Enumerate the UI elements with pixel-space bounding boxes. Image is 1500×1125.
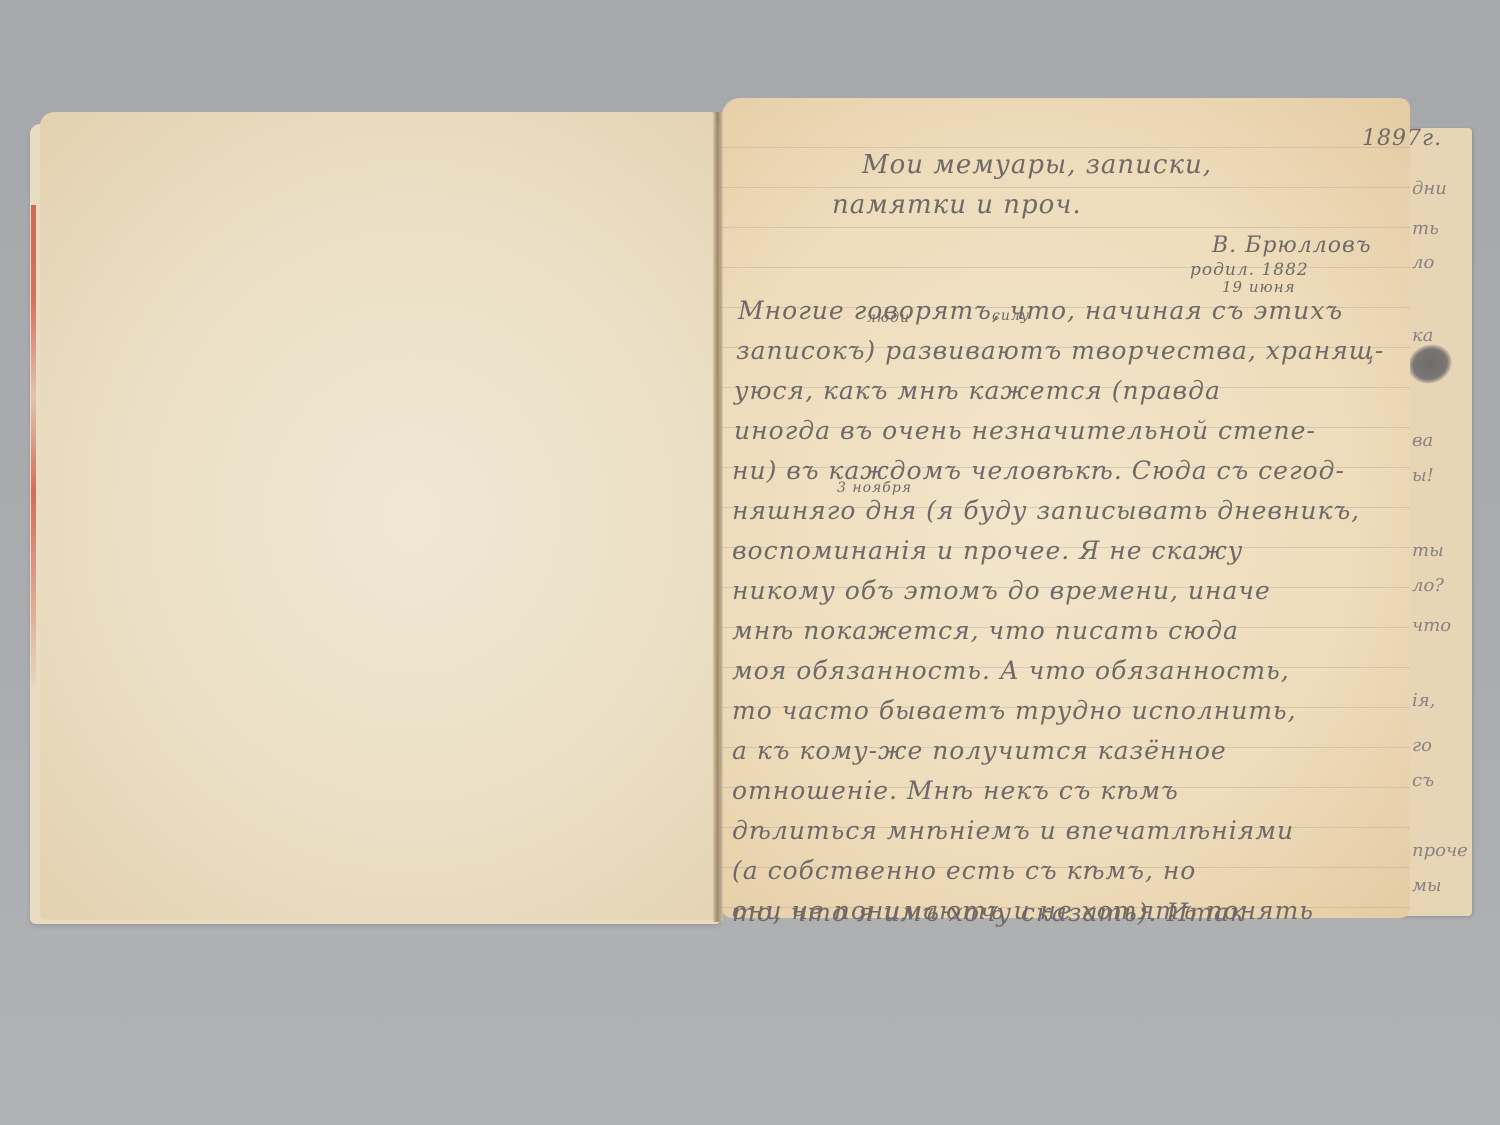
text-line: отношеніе. Мнѣ некъ съ кѣмъ [732, 776, 1179, 805]
edge-fragment: ы! [1412, 465, 1434, 486]
edge-fragment: ія, [1412, 690, 1435, 711]
year-note: 1897г. [1362, 126, 1442, 151]
edge-fragment: ть [1412, 218, 1439, 239]
text-line: иногда въ очень незначительной степе- [734, 416, 1316, 445]
title-line-1: Мои мемуары, записки, [862, 150, 1212, 180]
edge-fragment: ло? [1412, 575, 1444, 596]
text-line: а къ кому-же получится казённое [732, 736, 1227, 765]
text-line: (а собственно есть съ кѣмъ, но [732, 856, 1196, 885]
text-line: моя обязанность. А что обязанность, [732, 656, 1290, 685]
text-line: ни) въ каждомъ человѣкѣ. Сюда съ сегод- [732, 456, 1345, 485]
edge-fragment: ло [1412, 252, 1434, 273]
edge-fragment: что [1412, 615, 1451, 636]
text-line: уюся, какъ мнѣ кажется (правда [734, 376, 1221, 405]
open-notebook: дни ть ло ка ва ы! ты ло? что ія, го съ … [0, 0, 1500, 1125]
left-red-edge [31, 205, 36, 685]
book-gutter [713, 112, 723, 922]
text-line: воспоминанія и прочее. Я не скажу [732, 536, 1243, 565]
author-signature: В. Брюлловъ [1212, 233, 1372, 258]
edge-fragment: ва [1412, 430, 1433, 451]
birth-year: родил. 1882 [1190, 260, 1309, 280]
text-line: дѣлиться мнѣніемъ и впечатлѣніями [732, 816, 1294, 845]
text-line: записокъ) развиваютъ творчества, хранящ- [736, 336, 1384, 365]
edge-fragment: проче [1412, 840, 1468, 861]
text-line: никому объ этомъ до времени, иначе [732, 576, 1271, 605]
text-line: Многие говорятъ, что, начиная съ этихъ [738, 296, 1343, 325]
right-page-handwritten: 1897г. Мои мемуары, записки, памятки и п… [722, 98, 1410, 918]
edge-fragment: дни [1412, 178, 1447, 199]
edge-fragment: мы [1412, 875, 1442, 896]
text-line: то часто бываетъ трудно исполнить, [732, 696, 1297, 725]
text-line: то, что я имъ хочу сказать). Итак [732, 898, 1246, 927]
edge-fragment: съ [1412, 770, 1434, 791]
text-line: мнѣ покажется, что писать сюда [732, 616, 1239, 645]
title-line-2: памятки и проч. [832, 190, 1082, 220]
text-line: няшняго дня (я буду записывать дневникъ, [732, 496, 1360, 525]
edge-fragment: ты [1412, 540, 1444, 561]
edge-fragment: го [1412, 735, 1432, 756]
left-page-blank [40, 112, 716, 920]
edge-fragment: ка [1412, 325, 1433, 346]
birth-date: 19 июня [1222, 278, 1296, 296]
